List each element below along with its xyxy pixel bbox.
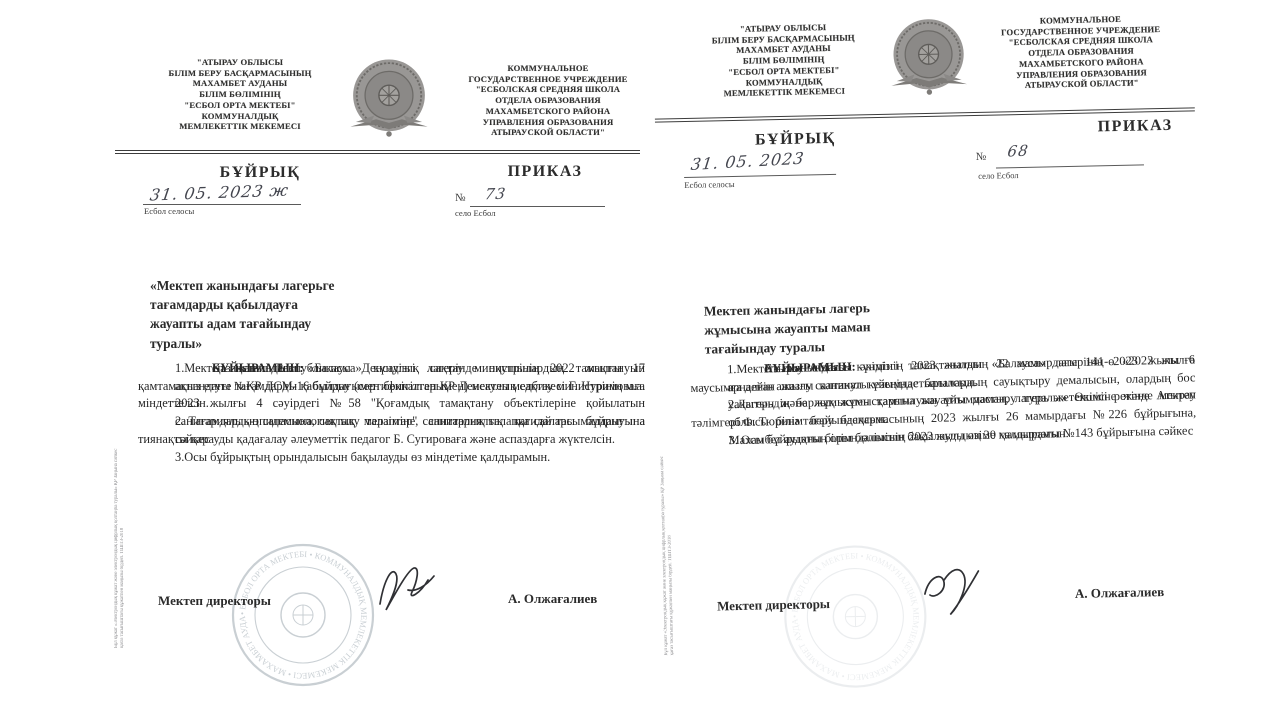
order-title: «Мектеп жанындағы лагерьгетағамдарды қаб… [150, 276, 435, 353]
place-label-kazakh: Есбол селосы [684, 179, 734, 190]
number-label: № [976, 151, 987, 163]
order-title: Мектеп жанындағы лагерьжұмысына жауапты … [704, 296, 990, 360]
margin-verification-text: Бұл құжат «Электрондық құжат және электр… [114, 423, 127, 648]
org-name-russian: КОММУНАЛЬНОЕГОСУДАРСТВЕННОЕ УЧРЕЖДЕНИЕ "… [978, 13, 1185, 92]
order-heading-russian: ПРИКАЗ [1035, 116, 1235, 138]
coat-of-arms-emblem [883, 12, 975, 104]
order-directive-word: БҰЙЫРАМЫН: [175, 360, 304, 378]
official-stamp: • ЕСБОЛ ОРТА МЕКТЕБІ • КОММУНАЛДЫҚ МЕМЛЕ… [779, 540, 932, 693]
place-label-kazakh: Есбол селосы [144, 206, 194, 216]
place-label-russian: село Есбол [455, 208, 495, 218]
order-page-left: "АТЫРАУ ОБЛЫСЫБІЛІМ БЕРУ БАСҚАРМАСЫНЫҢ М… [110, 0, 645, 720]
order-body: Қазақстан Республикасы Денсаулық сақтау … [138, 360, 645, 466]
signature-stroke [372, 560, 442, 618]
order-heading-kazakh: БҰЙРЫҚ [150, 164, 370, 182]
number-underline [470, 205, 605, 207]
director-name: А. Олжағалиев [1075, 584, 1165, 602]
signature-stroke [918, 561, 989, 620]
order-item: 3.Осы бұйрықтың орындалысын бақылауды өз… [138, 449, 645, 467]
official-stamp: • ЕСБОЛ ОРТА МЕКТЕБІ • КОММУНАЛДЫҚ МЕМЛЕ… [228, 540, 378, 690]
place-label-russian: село Есбол [978, 170, 1019, 181]
order-heading-kazakh: БҰЙРЫҚ [690, 129, 900, 151]
number-label: № [455, 192, 466, 204]
svg-text:• ЕСБОЛ ОРТА МЕКТЕБІ • КОММУНА: • ЕСБОЛ ОРТА МЕКТЕБІ • КОММУНАЛДЫҚ МЕМЛЕ… [228, 540, 369, 681]
org-name-kazakh: "АТЫРАУ ОБЛЫСЫБІЛІМ БЕРУ БАСҚАРМАСЫНЫҢ М… [140, 57, 340, 132]
handwritten-number: 73 [484, 185, 508, 204]
margin-verification-text: Бұл құжат «Электрондық құжат және электр… [659, 430, 676, 655]
order-heading-russian: ПРИКАЗ [440, 163, 650, 181]
handwritten-date: 31. 05. 2023 [690, 148, 806, 174]
order-page-right: "АТЫРАУ ОБЛЫСЫБІЛІМ БЕРУ БАСҚАРМАСЫНЫҢ М… [643, 0, 1213, 720]
order-body: Атырау облысы әкімінің 2023 жылдың 22 ма… [690, 351, 1197, 450]
org-name-russian: КОММУНАЛЬНОЕГОСУДАРСТВЕННОЕ УЧРЕЖДЕНИЕ "… [448, 63, 648, 138]
director-role-label: Мектеп директоры [717, 596, 830, 614]
director-role-label: Мектеп директоры [158, 593, 271, 609]
date-underline [684, 173, 836, 178]
date-underline [143, 203, 301, 205]
handwritten-date: 31. 05. 2023 ж [149, 181, 291, 205]
handwritten-number: 68 [1007, 141, 1030, 160]
scanned-orders-canvas: { "docs": [ { "header_kk": ["\"АТЫРАУ ОБ… [0, 0, 1280, 720]
header-divider [115, 150, 640, 154]
director-name: А. Олжағалиев [508, 591, 597, 607]
coat-of-arms-emblem [343, 53, 435, 145]
order-directive-word: БҰЙЫРАМЫН: [727, 359, 856, 379]
number-underline [996, 163, 1144, 168]
org-name-kazakh: "АТЫРАУ ОБЛЫСЫБІЛІМ БЕРУ БАСҚАРМАСЫНЫҢ М… [688, 21, 880, 100]
